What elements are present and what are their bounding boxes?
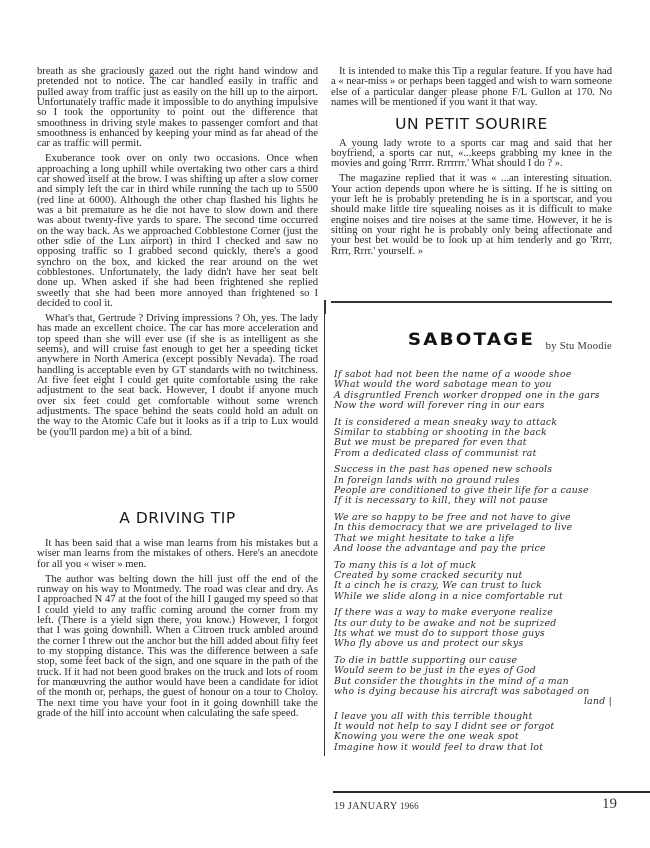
poem-stanza: If sabot had not been the name of a wood… <box>334 370 614 411</box>
poem-stanza: It is considered a mean sneaky way to at… <box>334 418 614 459</box>
magazine-page: breath as she graciously gazed out the r… <box>0 0 650 848</box>
footer-rule <box>333 791 650 793</box>
tip-note-paragraph: It is intended to make this Tip a regula… <box>331 67 612 108</box>
article-paragraph: breath as she graciously gazed out the r… <box>37 67 318 150</box>
poem-stanza: To many this is a lot of muckCreated by … <box>334 561 614 602</box>
poem-stanza: Success in the past has opened new schoo… <box>334 465 614 506</box>
poem-stanza: I leave you all with this terrible thoug… <box>334 712 614 753</box>
column-divider <box>324 300 326 314</box>
left-column: breath as she graciously gazed out the r… <box>37 67 318 443</box>
page-number: 19 <box>602 796 617 813</box>
poem-stanza: We are so happy to be free and not have … <box>334 513 614 554</box>
poem-line: From a dedicated class of communist rat <box>334 449 614 459</box>
issue-date: 19 JANUARY 1966 <box>334 801 419 812</box>
poem-line: Imagine how it would feel to draw that l… <box>334 743 614 753</box>
article-paragraph: What's that, Gertrude ? Driving impressi… <box>37 314 318 438</box>
article-paragraph: The magazine replied that it was « ...an… <box>331 174 612 257</box>
poem-line: Who fly above us and protect our skys <box>334 639 614 649</box>
issue-date-main: 19 JANUARY <box>334 801 400 812</box>
article-paragraph: The author was belting down the hill jus… <box>37 575 318 720</box>
poem-line: And loose the advantage and pay the pric… <box>334 544 614 554</box>
sabotage-poem: If sabot had not been the name of a wood… <box>334 370 614 759</box>
poem-line: While we slide along in a nice comfortab… <box>334 592 614 602</box>
section-divider <box>331 301 612 303</box>
petit-sourire-title: UN PETIT SOURIRE <box>331 119 612 129</box>
right-column: It is intended to make this Tip a regula… <box>331 67 612 262</box>
poem-stanza: If there was a way to make everyone real… <box>334 608 614 649</box>
poem-line: who is dying because his aircraft was sa… <box>334 687 614 697</box>
article-paragraph: Exuberance took over on only two occasio… <box>37 154 318 309</box>
driving-tip-body: It has been said that a wise man learns … <box>37 539 318 724</box>
article-paragraph: A young lady wrote to a sports car mag a… <box>331 139 612 170</box>
poem-line: Knowing you were the one weak spot <box>334 732 614 742</box>
poem-line: Now the word will forever ring in our ea… <box>334 401 614 411</box>
poem-stanza: To die in battle supporting our causeWou… <box>334 656 614 707</box>
driving-tip-title: A DRIVING TIP <box>37 513 318 523</box>
poem-line: land | <box>334 697 614 707</box>
poem-line: If it is necessary to kill, they will no… <box>334 496 614 506</box>
issue-date-year: 1966 <box>400 801 419 811</box>
article-paragraph: It has been said that a wise man learns … <box>37 539 318 570</box>
poem-byline: by Stu Moodie <box>331 341 612 352</box>
